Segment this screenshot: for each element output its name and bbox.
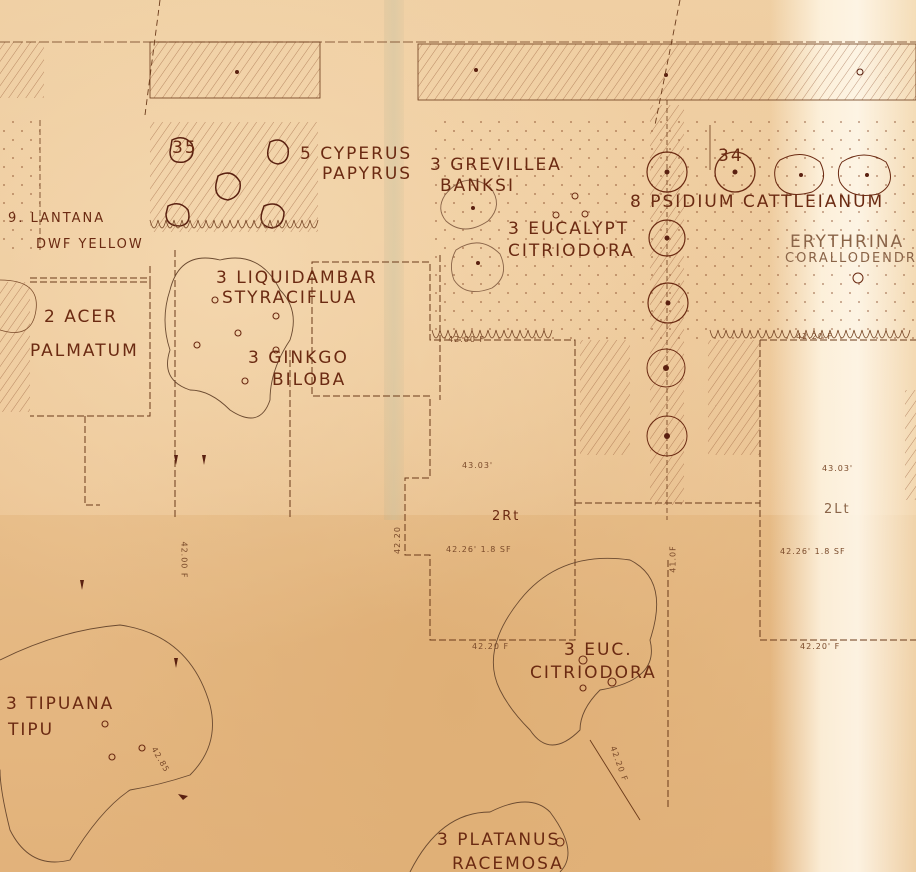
planting-plan-sheet: 35 5 CYPERUS PAPYRUS 3 GREVILLEA BANKSI … [0, 0, 916, 872]
tipuana-label-line1: 3 TIPUANA [6, 696, 114, 713]
psidium-label: 8 PSIDIUM CATTLEIANUM [630, 194, 884, 211]
euc-label-line1: 3 EUC. [564, 642, 633, 659]
unit-2rt-base: 42.20 F [472, 643, 509, 651]
cyperus-label-line2: PAPYRUS [322, 166, 412, 183]
eucalypt-label-line2: CITRIODORA [508, 243, 635, 260]
cyperus-label-line1: 5 CYPERUS [300, 146, 412, 163]
erythrina-label-line1: ERYTHRINA [790, 234, 904, 251]
unit-2lt-area: 42.26' 1.8 SF [780, 548, 846, 556]
elev-top-left: 42.00 F [448, 336, 485, 344]
eucalypt-label-line1: 3 EUCALYPT [508, 221, 629, 238]
unit-2lt-label: 2Lt [824, 503, 851, 516]
euc-label-line2: CITRIODORA [530, 665, 657, 682]
unit-2lt-elev: 43.03' [822, 465, 853, 473]
acer-label-line2: PALMATUM [30, 343, 139, 360]
grevillea-label-line2: BANKSI [440, 178, 515, 195]
tipuana-label-line2: TIPU [8, 722, 54, 739]
grevillea-label-line1: 3 GREVILLEA [430, 157, 562, 174]
liquidambar-label-line2: STYRACIFLUA [222, 290, 357, 307]
platanus-label-line2: RACEMOSA [452, 856, 564, 872]
side-left-elev: 42.20 [394, 526, 402, 554]
cyperus-count-label: 35 [172, 140, 198, 157]
lantana-label-line1: 9. LANTANA [8, 212, 105, 225]
unit-2rt-elev: 43.03' [462, 462, 493, 470]
ginkgo-label-line1: 3 GINKGO [248, 350, 349, 367]
liquidambar-label-line1: 3 LIQUIDAMBAR [216, 270, 378, 287]
elev-top-right: 42.20 F [796, 333, 833, 341]
erythrina-label-line2: CORALLODENDRON [785, 252, 916, 265]
unit-2lt-base: 42.20' F [800, 643, 840, 651]
lantana-bed [0, 120, 40, 412]
psidium-count-label: 34 [718, 148, 744, 165]
plan-drawing [0, 0, 916, 872]
side-mid-elev: 42.00 F [180, 541, 188, 578]
unit-2rt-area: 42.26' 1.8 SF [446, 546, 512, 554]
elev-center: 41.0F [670, 545, 678, 572]
acer-label-line1: 2 ACER [44, 309, 118, 326]
ginkgo-label-line2: BILOBA [272, 372, 346, 389]
lantana-label-line2: DWF YELLOW [36, 238, 144, 251]
top-hatched-planter [0, 42, 916, 100]
platanus-label-line1: 3 PLATANUS [437, 832, 560, 849]
unit-2rt-label: 2Rt [492, 510, 520, 523]
